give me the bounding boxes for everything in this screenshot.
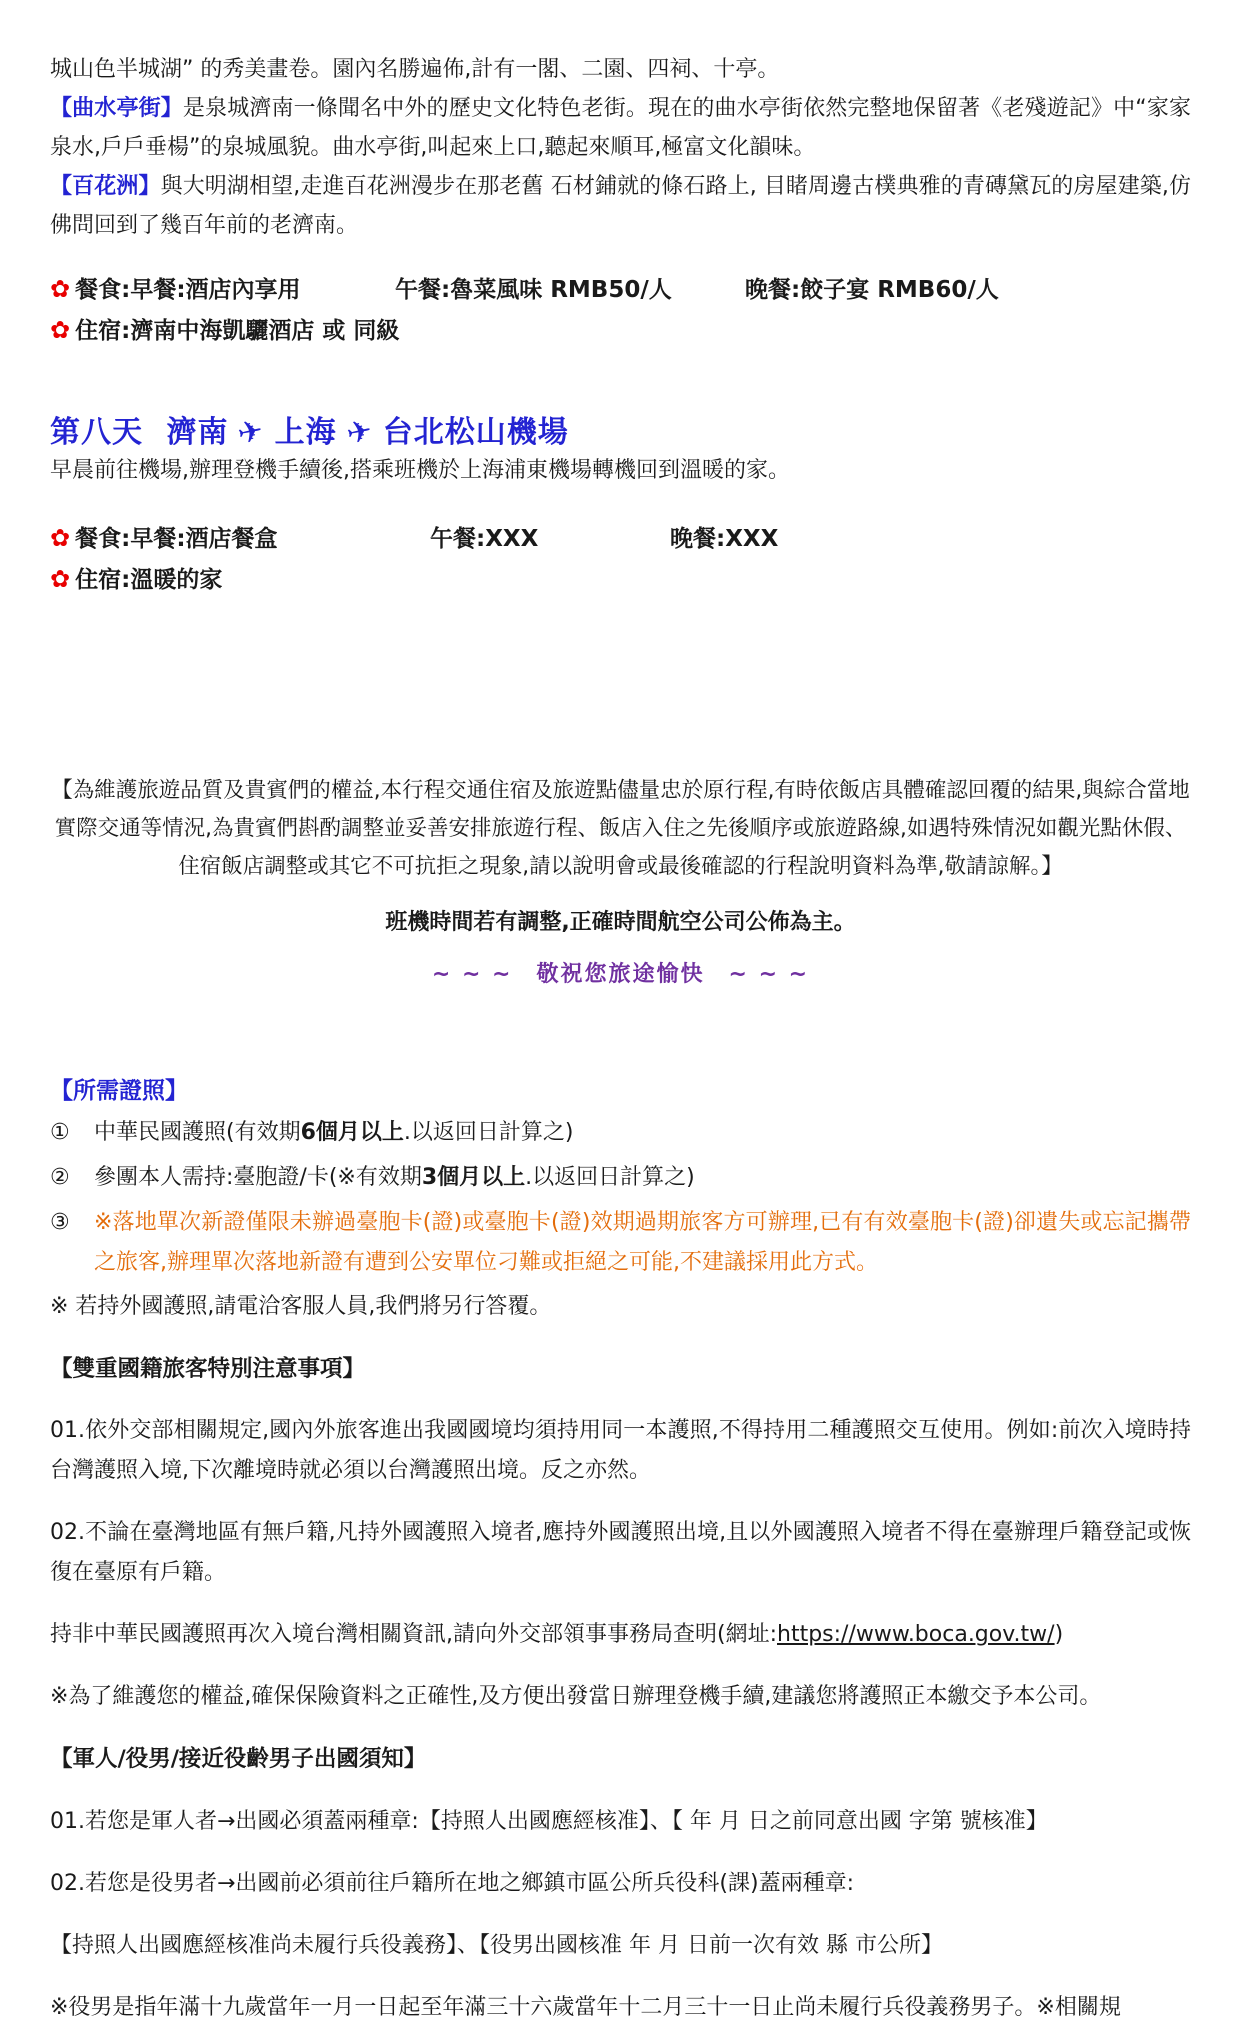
flower-icon: ✿ xyxy=(50,310,70,350)
boca-link[interactable]: https://www.boca.gov.tw/ xyxy=(777,1622,1055,1647)
boca-text-post: ) xyxy=(1055,1622,1064,1647)
meal-breakfast: ✿餐食:早餐:酒店餐盒 xyxy=(50,518,430,559)
section-title-documents: 【所需證照】 xyxy=(50,1074,1191,1108)
city-to: 台北松山機場 xyxy=(383,415,569,450)
breakfast-value: 早餐:酒店餐盒 xyxy=(130,526,277,552)
item-marker: ② xyxy=(50,1158,94,1198)
plane-icon: ✈ xyxy=(235,413,268,454)
item-marker: ③ xyxy=(50,1203,94,1283)
item-text: 參團本人需持:臺胞證/卡(※有效期3個月以上.以返回日計算之) xyxy=(94,1158,1191,1198)
item-text-pre: 中華民國護照(有效期 xyxy=(94,1120,301,1145)
attraction-title: 【百花洲】 xyxy=(50,174,161,199)
military-point1: 01.若您是軍人者→出國必須蓋兩種章:【持照人出國應經核准】、【 年 月 日之前… xyxy=(50,1802,1191,1842)
day7-meals-row: ✿餐食:早餐:酒店內享用 午餐:魯菜風味 RMB50/人 晚餐:餃子宴 RMB6… xyxy=(50,269,1191,310)
item-marker: ① xyxy=(50,1113,94,1153)
passport-submit-note: ※為了維護您的權益,確保保險資料之正確性,及方便出發當日辦理登機手續,建議您將護… xyxy=(50,1677,1191,1717)
item-text: 中華民國護照(有效期6個月以上.以返回日計算之) xyxy=(94,1113,1191,1153)
attraction-baihuazhou: 【百花洲】與大明湖相望,走進百花洲漫步在那老舊 石材鋪就的條石路上, 目睹周邊古… xyxy=(50,167,1191,245)
flower-icon: ✿ xyxy=(50,275,70,303)
item-text-bold: 3個月以上 xyxy=(422,1165,525,1190)
day8-meals-row: ✿餐食:早餐:酒店餐盒 午餐:XXX 晚餐:XXX xyxy=(50,518,1191,559)
military-point2: 02.若您是役男者→出國前必須前往戶籍所在地之鄉鎮市區公所兵役科(課)蓋兩種章: xyxy=(50,1864,1191,1904)
lodging-value: 溫暖的家 xyxy=(130,560,222,600)
military-stamps-line: 【持照人出國應經核准尚未履行兵役義務】、【役男出國核准 年 月 日前一次有效 縣… xyxy=(50,1926,1191,1966)
military-definition-line: ※役男是指年滿十九歲當年一月一日起至年滿三十六歲當年十二月三十一日止尚未履行兵役… xyxy=(50,1988,1191,2028)
attraction-title: 【曲水亭街】 xyxy=(50,96,183,121)
attraction-text: 與大明湖相望,走進百花洲漫步在那老舊 石材鋪就的條石路上, 目睹周邊古樸典雅的青… xyxy=(50,174,1191,238)
meal-breakfast: ✿餐食:早餐:酒店內享用 xyxy=(50,269,395,310)
boca-info-line: 持非中華民國護照再次入境台灣相關資訊,請向外交部領事事務局查明(網址:https… xyxy=(50,1615,1191,1655)
item-text-post: .以返回日計算之) xyxy=(525,1165,695,1190)
lodging-label: 住宿: xyxy=(75,311,130,351)
boca-text-pre: 持非中華民國護照再次入境台灣相關資訊,請向外交部領事事務局查明(網址: xyxy=(50,1622,777,1647)
bon-voyage-note: ~ ~ ~ 敬祝您旅途愉快 ~ ~ ~ xyxy=(50,960,1191,990)
day8-description: 早晨前往機場,辦理登機手續後,搭乘班機於上海浦東機場轉機回到溫暖的家。 xyxy=(50,451,1191,490)
attraction-text: 是泉城濟南一條聞名中外的歷史文化特色老街。現在的曲水亭街依然完整地保留著《老殘遊… xyxy=(50,96,1191,160)
doc-item-landing-permit: ③ ※落地單次新證僅限未辦過臺胞卡(證)或臺胞卡(證)效期過期旅客方可辦理,已有… xyxy=(50,1203,1191,1283)
day7-lodging-row: ✿ 住宿: 濟南中海凱驪酒店 或 同級 xyxy=(50,310,1191,351)
flower-icon: ✿ xyxy=(50,524,70,552)
dual-nationality-title: 【雙重國籍旅客特別注意事項】 xyxy=(50,1349,1191,1389)
meal-lunch: 午餐:XXX xyxy=(430,519,670,559)
day8-heading: 第八天 濟南✈上海✈台北松山機場 xyxy=(50,415,1191,451)
city-from: 濟南 xyxy=(166,415,228,450)
breakfast-value: 早餐:酒店內享用 xyxy=(130,277,300,303)
meal-dinner: 晚餐:XXX xyxy=(670,519,778,559)
item-text-post: .以返回日計算之) xyxy=(404,1120,574,1145)
flower-icon: ✿ xyxy=(50,559,70,599)
attraction-qushuiting: 【曲水亭街】是泉城濟南一條聞名中外的歷史文化特色老街。現在的曲水亭街依然完整地保… xyxy=(50,89,1191,167)
city-via: 上海 xyxy=(275,415,337,450)
intro-paragraph: 城山色半城湖” 的秀美畫卷。園內名勝遍佈,計有一閣、二園、四祠、十亭。 xyxy=(50,50,1191,89)
meals-label: 餐食: xyxy=(75,526,130,552)
itinerary-disclaimer: 【為維護旅遊品質及貴賓們的權益,本行程交通住宿及旅遊點儘量忠於原行程,有時依飯店… xyxy=(50,772,1191,886)
day-label: 第八天 xyxy=(50,415,143,450)
lodging-value: 濟南中海凱驪酒店 或 同級 xyxy=(130,311,399,351)
plane-icon: ✈ xyxy=(343,413,376,454)
itinerary-page: 城山色半城湖” 的秀美畫卷。園內名勝遍佈,計有一閣、二園、四祠、十亭。 【曲水亭… xyxy=(0,0,1241,2028)
doc-item-passport: ① 中華民國護照(有效期6個月以上.以返回日計算之) xyxy=(50,1113,1191,1153)
meals-label: 餐食: xyxy=(75,277,130,303)
meal-dinner: 晚餐:餃子宴 RMB60/人 xyxy=(745,270,999,310)
foreign-passport-note: ※ 若持外國護照,請電洽客服人員,我們將另行答覆。 xyxy=(50,1287,1191,1327)
item-text-warning: ※落地單次新證僅限未辦過臺胞卡(證)或臺胞卡(證)效期過期旅客方可辦理,已有有效… xyxy=(94,1203,1191,1283)
day8-lodging-row: ✿ 住宿: 溫暖的家 xyxy=(50,559,1191,600)
dual-nationality-point2: 02.不論在臺灣地區有無戶籍,凡持外國護照入境者,應持外國護照出境,且以外國護照… xyxy=(50,1513,1191,1593)
meal-lunch: 午餐:魯菜風味 RMB50/人 xyxy=(395,270,745,310)
item-text-bold: 6個月以上 xyxy=(301,1120,404,1145)
flight-time-note: 班機時間若有調整,正確時間航空公司公佈為主。 xyxy=(50,908,1191,938)
lodging-label: 住宿: xyxy=(75,560,130,600)
item-text-pre: 參團本人需持:臺胞證/卡(※有效期 xyxy=(94,1165,422,1190)
dual-nationality-point1: 01.依外交部相關規定,國內外旅客進出我國國境均須持用同一本護照,不得持用二種護… xyxy=(50,1411,1191,1491)
doc-item-taibaozheng: ② 參團本人需持:臺胞證/卡(※有效期3個月以上.以返回日計算之) xyxy=(50,1158,1191,1198)
military-title: 【軍人/役男/接近役齡男子出國須知】 xyxy=(50,1739,1191,1779)
